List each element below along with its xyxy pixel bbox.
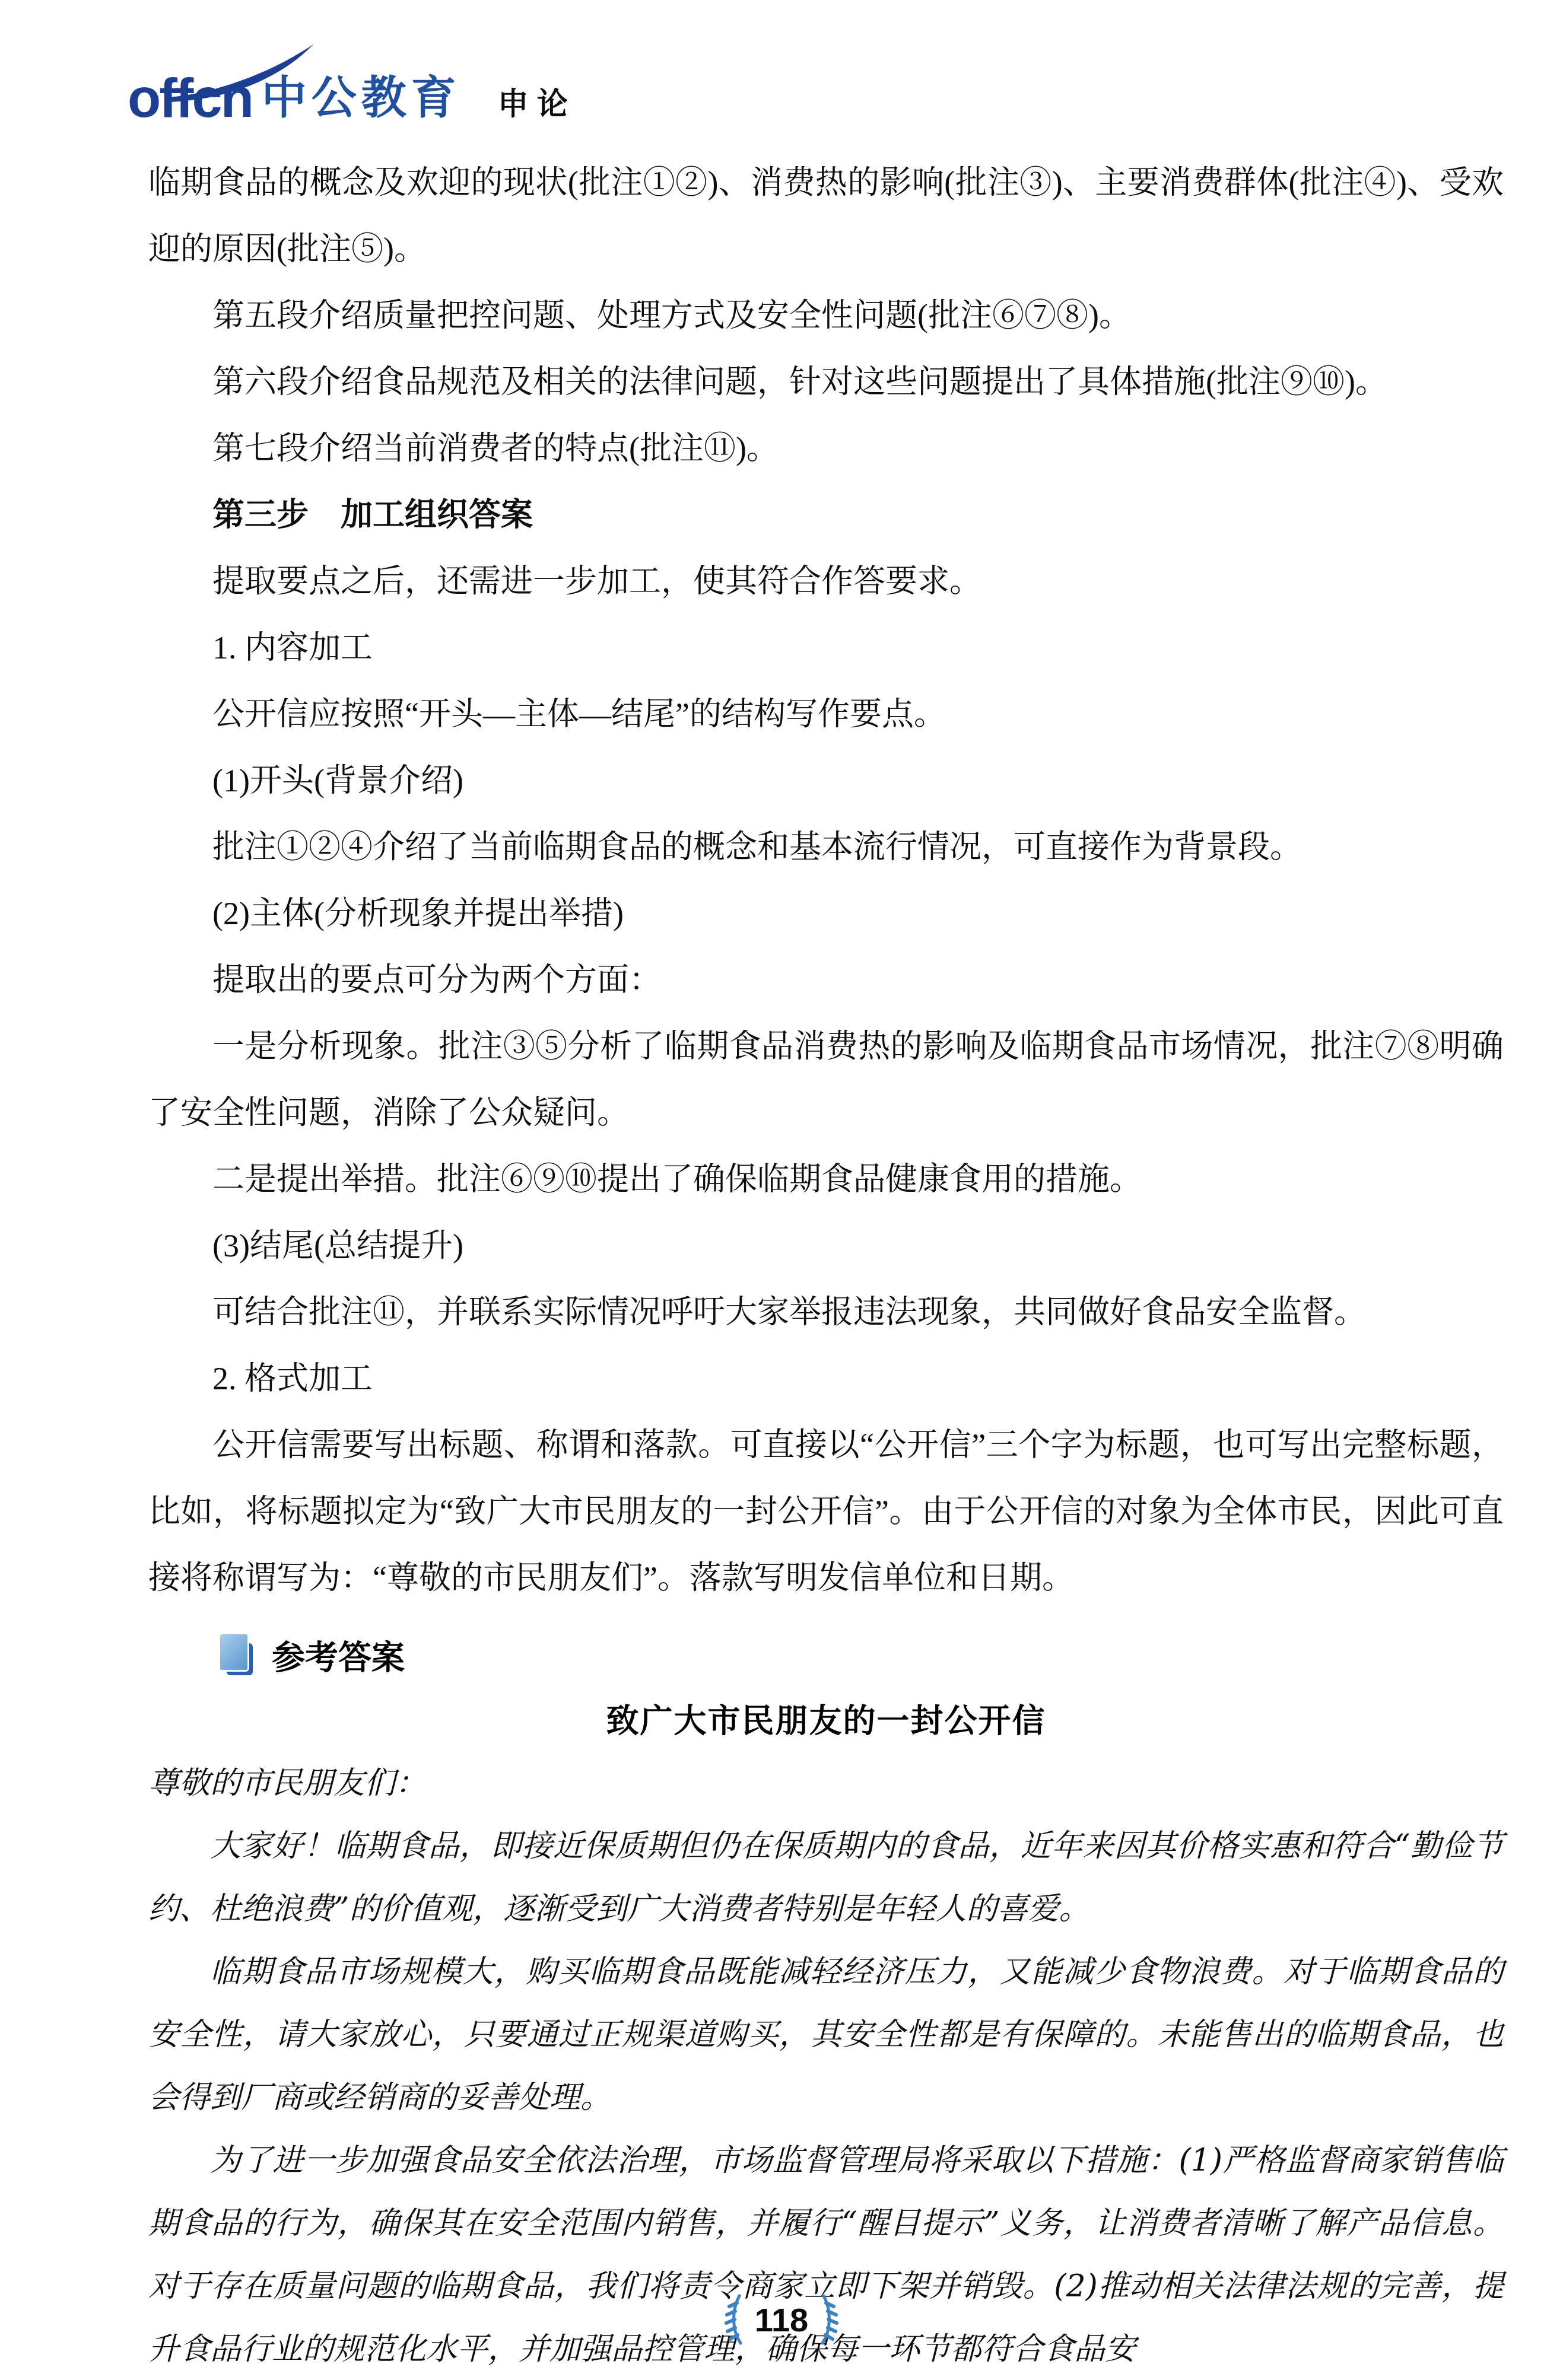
laurel-right-icon — [819, 2293, 843, 2346]
paragraph: 1. 内容加工 — [148, 615, 1504, 681]
paragraph: 公开信应按照“开头—主体—结尾”的结构写作要点。 — [148, 681, 1504, 747]
paragraph: 公开信需要写出标题、称谓和落款。可直接以“公开信”三个字为标题，也可写出完整标题… — [148, 1412, 1504, 1611]
paragraph: 第五段介绍质量把控问题、处理方式及安全性问题(批注⑥⑦⑧)。 — [148, 282, 1504, 349]
paragraph: 临期食品的概念及欢迎的现状(批注①②)、消费热的影响(批注③)、主要消费群体(批… — [148, 149, 1504, 282]
paragraph: 一是分析现象。批注③⑤分析了临期食品消费热的影响及临期食品市场情况，批注⑦⑧明确… — [148, 1013, 1504, 1146]
page-header: offcn 中公教育 申论 — [128, 52, 576, 123]
paragraph: (3)结尾(总结提升) — [148, 1213, 1504, 1279]
paragraph: 提取要点之后，还需进一步加工，使其符合作答要求。 — [148, 548, 1504, 615]
answer-doc-icon — [218, 1633, 256, 1678]
paragraph: (1)开头(背景介绍) — [148, 747, 1504, 814]
paragraph: 提取出的要点可分为两个方面： — [148, 947, 1504, 1013]
page: offcn 中公教育 申论 临期食品的概念及欢迎的现状(批注①②)、消费热的影响… — [0, 0, 1563, 2380]
page-number: 118 — [755, 2301, 808, 2339]
paragraph: 二是提出举措。批注⑥⑨⑩提出了确保临期食品健康食用的措施。 — [148, 1146, 1504, 1213]
answer-section-title: 参考答案 — [272, 1631, 405, 1679]
paragraph: 第七段介绍当前消费者的特点(批注⑪)。 — [148, 415, 1504, 482]
letter-salutation: 尊敬的市民朋友们： — [148, 1752, 1504, 1815]
paragraph: (2)主体(分析现象并提出举措) — [148, 880, 1504, 947]
main-content: 临期食品的概念及欢迎的现状(批注①②)、消费热的影响(批注③)、主要消费群体(批… — [148, 149, 1504, 2380]
letter-title: 致广大市民朋友的一封公开信 — [148, 1694, 1504, 1741]
page-footer: 118 — [0, 2293, 1563, 2346]
logo-brand: 中公教育 — [262, 74, 461, 123]
answer-section-header: 参考答案 — [218, 1631, 1504, 1679]
step-heading: 第三步 加工组织答案 — [148, 482, 1504, 548]
laurel-left-icon — [720, 2293, 744, 2346]
letter-body: 尊敬的市民朋友们： 大家好！临期食品，即接近保质期但仍在保质期内的食品，近年来因… — [148, 1752, 1504, 2380]
paragraph: 批注①②④介绍了当前临期食品的概念和基本流行情况，可直接作为背景段。 — [148, 814, 1504, 880]
letter-paragraph: 大家好！临期食品，即接近保质期但仍在保质期内的食品，近年来因其价格实惠和符合“勤… — [148, 1815, 1504, 1940]
paragraph: 2. 格式加工 — [148, 1345, 1504, 1412]
letter-paragraph: 临期食品市场规模大，购买临期食品既能减轻经济压力，又能减少食物浪费。对于临期食品… — [148, 1940, 1504, 2129]
logo-text: offcn — [128, 68, 252, 129]
offcn-logo: offcn — [128, 56, 252, 123]
paragraph: 第六段介绍食品规范及相关的法律问题，针对这些问题提出了具体措施(批注⑨⑩)。 — [148, 349, 1504, 415]
subject-label: 申论 — [498, 85, 576, 123]
paragraph: 可结合批注⑪，并联系实际情况呼吁大家举报违法现象，共同做好食品安全监督。 — [148, 1279, 1504, 1345]
